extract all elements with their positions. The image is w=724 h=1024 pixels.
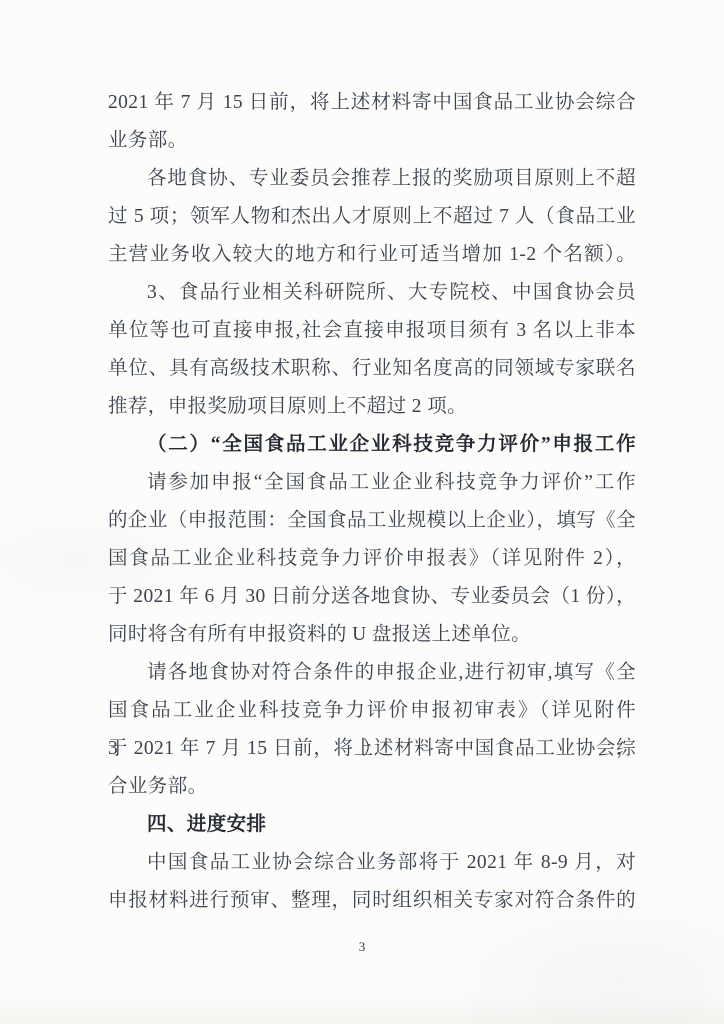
- paragraph-line: 申报材料进行预审、整理，同时组织相关专家对符合条件的: [108, 882, 636, 920]
- paragraph-line: 国食品工业企业科技竞争力评价申报初审表》（详见附件 3），: [108, 692, 636, 730]
- section-heading: （二）“全国食品工业企业科技竞争力评价”申报工作: [108, 426, 636, 464]
- page-footer: 3: [0, 938, 724, 956]
- paragraph-line: 请各地食协对符合条件的申报企业,进行初审,填写《全: [108, 654, 636, 692]
- paragraph-line: 推荐，申报奖励项目原则上不超过 2 项。: [108, 388, 636, 426]
- paragraph-line: 单位等也可直接申报,社会直接申报项目须有 3 名以上非本: [108, 312, 636, 350]
- paragraph-line: 过 5 项；领军人物和杰出人才原则上不超过 7 人（食品工业: [108, 198, 636, 236]
- paragraph-line: 2021 年 7 月 15 日前，将上述材料寄中国食品工业协会综合: [108, 84, 636, 122]
- paragraph-line: 业务部。: [108, 122, 636, 160]
- paragraph-line: 请参加申报“全国食品工业企业科技竞争力评价”工作: [108, 464, 636, 502]
- document-page: 2021 年 7 月 15 日前，将上述材料寄中国食品工业协会综合 业务部。 各…: [0, 0, 724, 1024]
- paragraph-line: 于 2021 年 6 月 30 日前分送各地食协、专业委员会（1 份），: [108, 578, 636, 616]
- document-body: 2021 年 7 月 15 日前，将上述材料寄中国食品工业协会综合 业务部。 各…: [108, 84, 636, 920]
- paragraph-line: 3、食品行业相关科研院所、大专院校、中国食协会员: [108, 274, 636, 312]
- paragraph-line: 国食品工业企业科技竞争力评价申报表》（详见附件 2），: [108, 540, 636, 578]
- paragraph-line: 合业务部。: [108, 768, 636, 806]
- section-heading: 四、进度安排: [108, 806, 636, 844]
- paragraph-line: 主营业务收入较大的地方和行业可适当增加 1-2 个名额）。: [108, 236, 636, 274]
- paragraph-line: 单位、具有高级技术职称、行业知名度高的同领域专家联名: [108, 350, 636, 388]
- page-number: 3: [359, 939, 366, 954]
- paragraph-line: 的企业（申报范围：全国食品工业规模以上企业），填写《全: [108, 502, 636, 540]
- paragraph-line: 于 2021 年 7 月 15 日前，将上述材料寄中国食品工业协会综: [108, 730, 636, 768]
- paragraph-line: 中国食品工业协会综合业务部将于 2021 年 8-9 月，对: [108, 844, 636, 882]
- paragraph-line: 各地食协、专业委员会推荐上报的奖励项目原则上不超: [108, 160, 636, 198]
- paragraph-line: 同时将含有所有申报资料的 U 盘报送上述单位。: [108, 616, 636, 654]
